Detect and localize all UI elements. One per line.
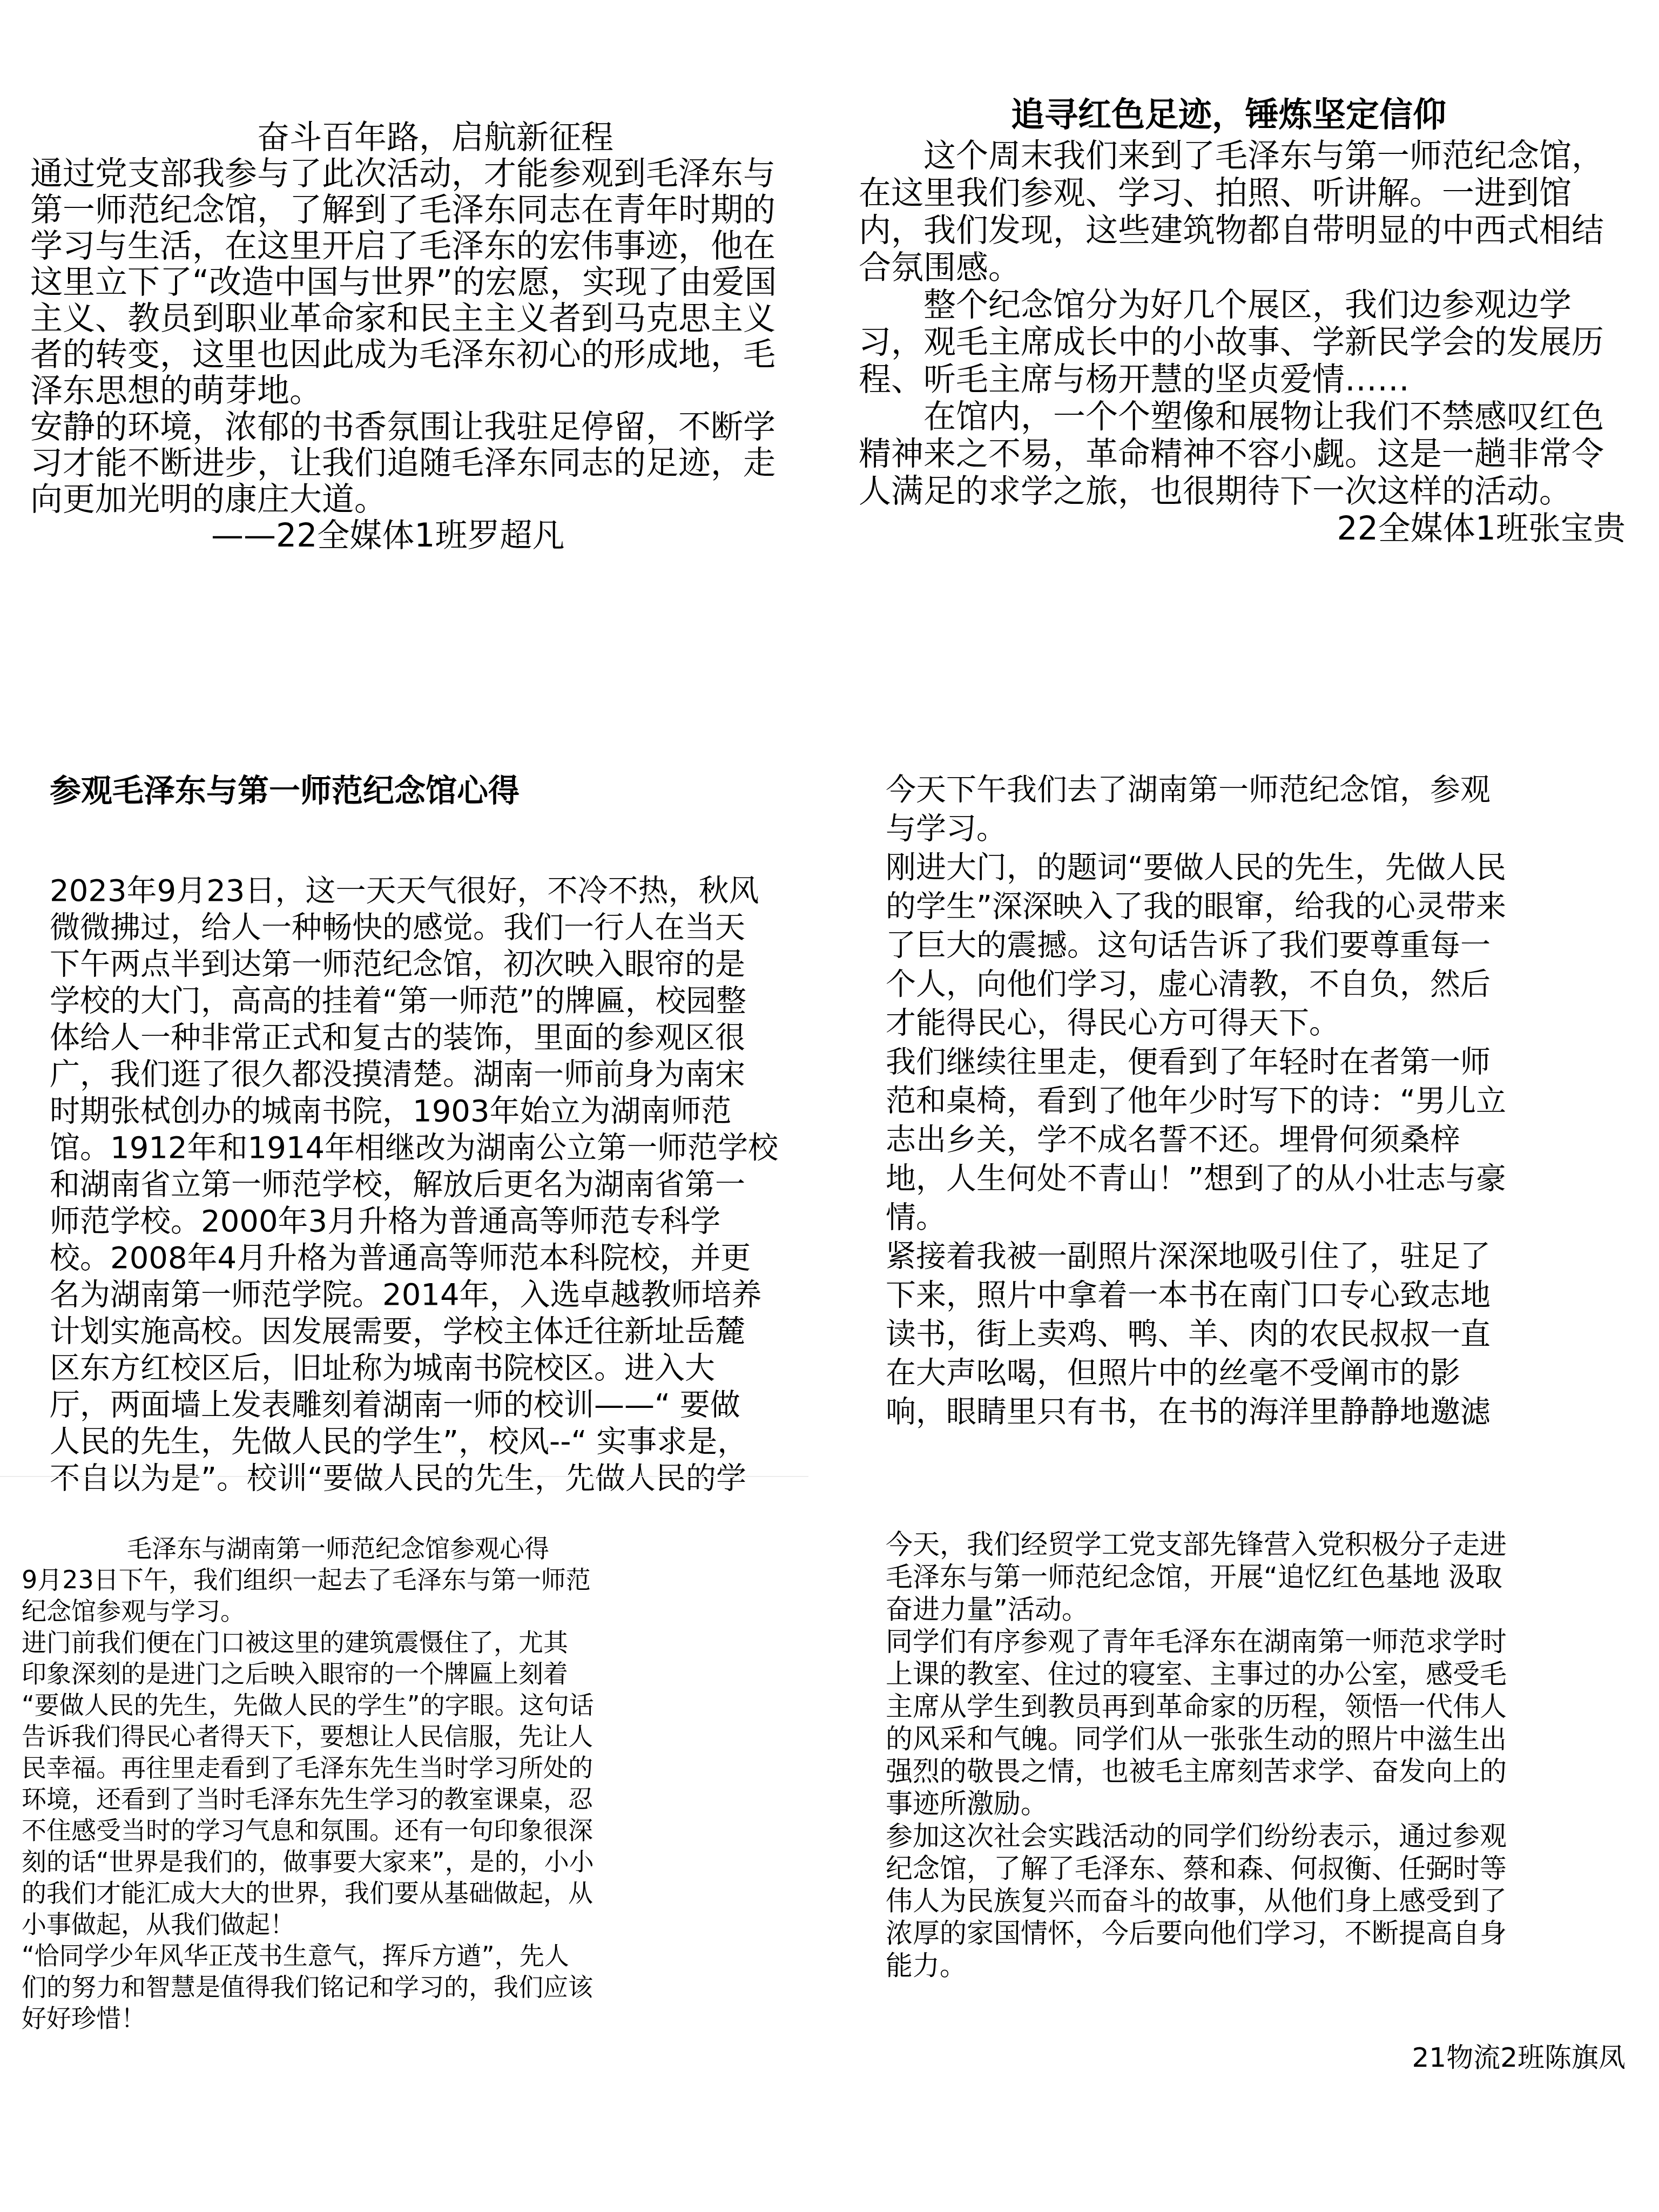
essay-6-line: 事迹所激励。	[886, 1788, 1642, 1820]
essay-4-line: 响，眼睛里只有书，在书的海洋里静静地邀滤	[886, 1393, 1642, 1432]
essay-5-line: “恰同学少年风华正茂书生意气，挥斥方遒”，先人	[22, 1940, 799, 1971]
section-divider	[0, 1476, 808, 1477]
essay-3-line: 厅，两面墙上发表雕刻着湖南一师的校训——“ 要做	[50, 1387, 817, 1424]
essay-4-line: 情。	[886, 1198, 1642, 1237]
essay-5-line: 纪念馆参观与学习。	[22, 1595, 799, 1627]
essay-2-line: 合氛围感。	[859, 249, 1626, 287]
essay-1-line: 者的转变，这里也因此成为毛泽东初心的形成地，毛	[30, 337, 808, 373]
essay-5-line: 不住感受当时的学习气息和氛围。还有一句印象很深	[22, 1815, 799, 1846]
essay-2-signature: 22全媒体1班张宝贵	[859, 510, 1626, 548]
essay-3-line: 师范学校。2000年3月升格为普通高等师范专科学	[50, 1203, 817, 1240]
essay-3-line: 体给人一种非常正式和复古的装饰，里面的参观区很	[50, 1020, 817, 1056]
essay-5-body: 9月23日下午，我们组织一起去了毛泽东与第一师范 纪念馆参观与学习。 进门前我们…	[22, 1564, 799, 2034]
essay-5-line: 的我们才能汇成大大的世界，我们要从基础做起，从	[22, 1877, 799, 1908]
essay-1-line: 学习与生活，在这里开启了毛泽东的宏伟事迹，他在	[30, 228, 808, 265]
essay-6-line: 伟人为民族复兴而奋斗的故事，从他们身上感受到了	[886, 1885, 1642, 1917]
essay-2-line: 精神来之不易，革命精神不容小觑。这是一趟非常令	[859, 436, 1626, 473]
essay-6-line: 奋进力量”活动。	[886, 1593, 1642, 1626]
essay-6-line: 浓厚的家国情怀，今后要向他们学习，不断提高自身	[886, 1917, 1642, 1950]
essay-3-line: 不自以为是”。校训“要做人民的先生，先做人民的学	[50, 1460, 817, 1497]
essay-3-line: 区东方红校区后，旧址称为城南书院校区。进入大	[50, 1350, 817, 1387]
essay-4-line: 志出乡关，学不成名誓不还。埋骨何须桑梓	[886, 1121, 1642, 1159]
essay-4-line: 个人，向他们学习，虚心清教，不自负，然后	[886, 965, 1642, 1004]
essay-1-line: 安静的环境，浓郁的书香氛围让我驻足停留，不断学	[30, 409, 808, 446]
essay-4-body: 今天下午我们去了湖南第一师范纪念馆，参观 与学习。 刚进大门，的题词“要做人民的…	[886, 771, 1642, 1432]
essay-6-line: 今天，我们经贸学工党支部先锋营入党积极分子走进	[886, 1528, 1642, 1561]
essay-5-line: 告诉我们得民心者得天下，要想让人民信服，先让人	[22, 1721, 799, 1752]
essay-6-line: 主席从学生到教员再到革命家的历程，领悟一代伟人	[886, 1690, 1642, 1723]
essay-2-line: 人满足的求学之旅，也很期待下一次这样的活动。	[859, 473, 1626, 510]
essay-2-body: 这个周末我们来到了毛泽东与第一师范纪念馆， 在这里我们参观、学习、拍照、听讲解。…	[859, 138, 1626, 510]
essay-4-line: 了巨大的震撼。这句话告诉了我们要尊重每一	[886, 926, 1642, 965]
essay-5: 毛泽东与湖南第一师范纪念馆参观心得 9月23日下午，我们组织一起去了毛泽东与第一…	[22, 1533, 799, 2034]
essay-3-line: 馆。1912年和1914年相继改为湖南公立第一师范学校	[50, 1130, 817, 1166]
essay-1-signature: ——22全媒体1班罗超凡	[30, 518, 808, 554]
essay-1-line: 主义、教员到职业革命家和民主主义者到马克思主义	[30, 301, 808, 337]
essay-4-line: 紧接着我被一副照片深深地吸引住了，驻足了	[886, 1237, 1642, 1276]
essay-2-line: 习，观毛主席成长中的小故事、学新民学会的发展历	[859, 324, 1626, 361]
essay-3-line: 下午两点半到达第一师范纪念馆，初次映入眼帘的是	[50, 946, 817, 983]
essay-5-line: 们的努力和智慧是值得我们铭记和学习的，我们应该	[22, 1971, 799, 2002]
essay-1-title: 奋斗百年路，启航新征程	[30, 120, 808, 156]
essay-2-line: 在馆内，一个个塑像和展物让我们不禁感叹红色	[859, 399, 1626, 436]
essay-3-line: 校。2008年4月升格为普通高等师范本科院校，并更	[50, 1240, 817, 1277]
essay-3: 参观毛泽东与第一师范纪念馆心得 2023年9月23日，这一天天气很好，不冷不热，…	[50, 772, 817, 1497]
essay-3-line: 2023年9月23日，这一天天气很好，不冷不热，秋风	[50, 873, 817, 909]
essay-3-line: 和湖南省立第一师范学校，解放后更名为湖南省第一	[50, 1166, 817, 1203]
essay-2-line: 在这里我们参观、学习、拍照、听讲解。一进到馆	[859, 175, 1626, 212]
essay-1-line: 向更加光明的康庄大道。	[30, 482, 808, 518]
essay-3-line: 计划实施高校。因发展需要，学校主体迁往新址岳麓	[50, 1313, 817, 1350]
essay-1-line: 通过党支部我参与了此次活动，才能参观到毛泽东与	[30, 156, 808, 192]
essay-6-line: 强烈的敬畏之情，也被毛主席刻苦求学、奋发向上的	[886, 1755, 1642, 1788]
essay-4-line: 今天下午我们去了湖南第一师范纪念馆，参观	[886, 771, 1642, 810]
essay-2-line: 这个周末我们来到了毛泽东与第一师范纪念馆，	[859, 138, 1626, 175]
essay-4-line: 我们继续往里走，便看到了年轻时在者第一师	[886, 1043, 1642, 1082]
essay-4-line: 的学生”深深映入了我的眼窜，给我的心灵带来	[886, 887, 1642, 926]
essay-3-line: 人民的先生，先做人民的学生”，校风--“ 实事求是，	[50, 1424, 817, 1460]
essay-6-line: 参加这次社会实践活动的同学们纷纷表示，通过参观	[886, 1820, 1642, 1852]
essay-5-line: 民幸福。再往里走看到了毛泽东先生当时学习所处的	[22, 1752, 799, 1783]
essay-3-line: 微微拂过，给人一种畅快的感觉。我们一行人在当天	[50, 909, 817, 946]
essay-2-line: 整个纪念馆分为好几个展区，我们边参观边学	[859, 287, 1626, 324]
essay-3-title: 参观毛泽东与第一师范纪念馆心得	[50, 772, 817, 809]
essay-1-line: 这里立下了“改造中国与世界”的宏愿，实现了由爱国	[30, 265, 808, 301]
essay-4-line: 下来，照片中拿着一本书在南门口专心致志地	[886, 1276, 1642, 1315]
essay-3-body: 2023年9月23日，这一天天气很好，不冷不热，秋风 微微拂过，给人一种畅快的感…	[50, 873, 817, 1497]
essay-5-title: 毛泽东与湖南第一师范纪念馆参观心得	[22, 1533, 799, 1564]
essay-6-line: 能力。	[886, 1950, 1642, 1982]
essay-4-line: 范和桌椅，看到了他年少时写下的诗：“男儿立	[886, 1082, 1642, 1121]
essay-6-line: 的风采和气魄。同学们从一张张生动的照片中滋生出	[886, 1723, 1642, 1755]
essay-1-line: 泽东思想的萌芽地。	[30, 373, 808, 409]
essay-1-line: 习才能不断进步，让我们追随毛泽东同志的足迹，走	[30, 446, 808, 482]
essay-2-line: 内，我们发现，这些建筑物都自带明显的中西式相结	[859, 212, 1626, 249]
essay-6-line: 毛泽东与第一师范纪念馆，开展“追忆红色基地 汲取	[886, 1561, 1642, 1593]
essay-2-title: 追寻红色足迹，锤炼坚定信仰	[859, 96, 1626, 133]
essay-5-line: 小事做起，从我们做起！	[22, 1908, 799, 1940]
essay-5-line: “要做人民的先生，先做人民的学生”的字眼。这句话	[22, 1689, 799, 1721]
essay-5-line: 进门前我们便在门口被这里的建筑震慑住了，尤其	[22, 1627, 799, 1658]
essay-3-line: 时期张栻创办的城南书院，1903年始立为湖南师范	[50, 1093, 817, 1130]
essay-5-line: 环境，还看到了当时毛泽东先生学习的教室课桌，忍	[22, 1783, 799, 1815]
essay-6-line: 上课的教室、住过的寝室、主事过的办公室，感受毛	[886, 1658, 1642, 1690]
essay-4-line: 地，人生何处不青山！”想到了的从小壮志与豪	[886, 1159, 1642, 1198]
essay-3-line: 名为湖南第一师范学院。2014年，入选卓越教师培养	[50, 1277, 817, 1313]
essay-5-line: 好好珍惜！	[22, 2002, 799, 2034]
essay-6: 今天，我们经贸学工党支部先锋营入党积极分子走进 毛泽东与第一师范纪念馆，开展“追…	[886, 1528, 1642, 2074]
essay-2-line: 程、听毛主席与杨开慧的坚贞爱情……	[859, 361, 1626, 399]
essay-4-line: 才能得民心，得民心方可得天下。	[886, 1004, 1642, 1043]
essay-6-body: 今天，我们经贸学工党支部先锋营入党积极分子走进 毛泽东与第一师范纪念馆，开展“追…	[886, 1528, 1642, 1982]
essay-1-line: 第一师范纪念馆，了解到了毛泽东同志在青年时期的	[30, 192, 808, 228]
essay-3-line: 广，我们逛了很久都没摸清楚。湖南一师前身为南宋	[50, 1056, 817, 1093]
essay-5-line: 印象深刻的是进门之后映入眼帘的一个牌匾上刻着	[22, 1658, 799, 1689]
essay-1-body: 通过党支部我参与了此次活动，才能参观到毛泽东与 第一师范纪念馆，了解到了毛泽东同…	[30, 156, 808, 518]
essay-5-line: 9月23日下午，我们组织一起去了毛泽东与第一师范	[22, 1564, 799, 1595]
essay-3-line: 学校的大门，高高的挂着“第一师范”的牌匾，校园整	[50, 983, 817, 1020]
essay-6-signature: 21物流2班陈旗凤	[886, 2041, 1642, 2074]
essay-6-line: 同学们有序参观了青年毛泽东在湖南第一师范求学时	[886, 1626, 1642, 1658]
essay-4-line: 在大声吆喝，但照片中的丝毫不受阐市的影	[886, 1354, 1642, 1393]
essay-6-line: 纪念馆，了解了毛泽东、蔡和森、何叔衡、任弼时等	[886, 1852, 1642, 1885]
essay-4: 今天下午我们去了湖南第一师范纪念馆，参观 与学习。 刚进大门，的题词“要做人民的…	[886, 771, 1642, 1432]
essay-1: 奋斗百年路，启航新征程 通过党支部我参与了此次活动，才能参观到毛泽东与 第一师范…	[30, 120, 808, 554]
essay-4-line: 与学习。	[886, 810, 1642, 848]
essay-4-line: 刚进大门，的题词“要做人民的先生，先做人民	[886, 848, 1642, 887]
essay-4-line: 读书，街上卖鸡、鸭、羊、肉的农民叔叔一直	[886, 1315, 1642, 1354]
essay-2: 追寻红色足迹，锤炼坚定信仰 这个周末我们来到了毛泽东与第一师范纪念馆， 在这里我…	[859, 96, 1626, 548]
essay-5-line: 刻的话“世界是我们的，做事要大家来”，是的，小小	[22, 1846, 799, 1877]
